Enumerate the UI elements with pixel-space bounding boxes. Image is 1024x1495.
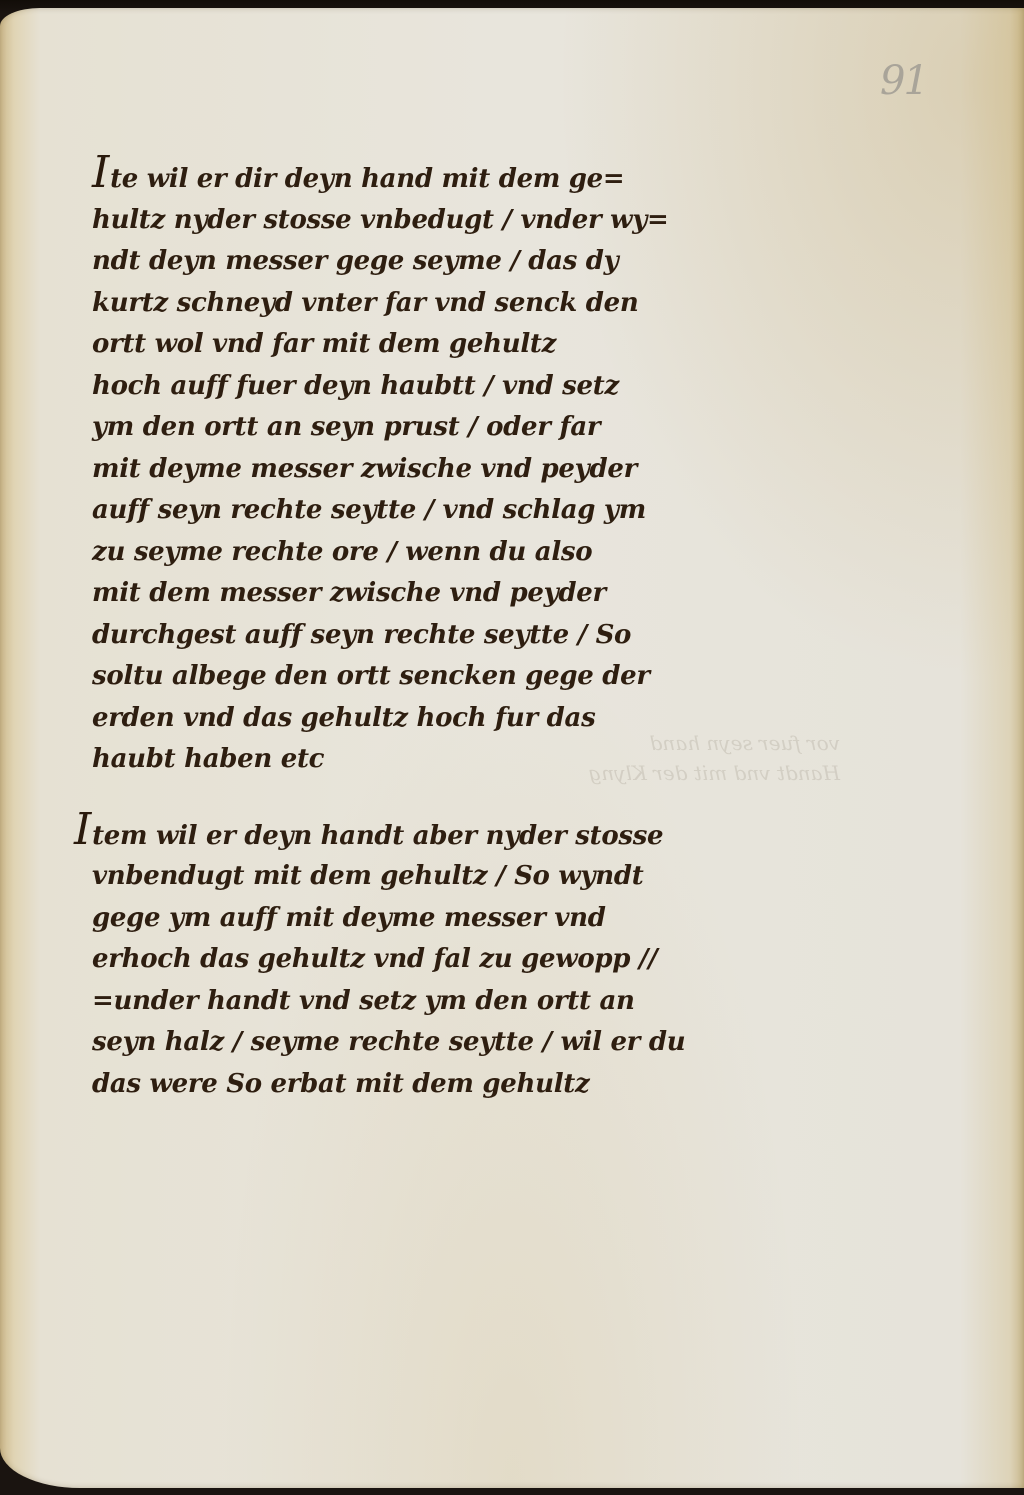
text-line: soltu albege den ortt sencken gege der xyxy=(92,656,812,698)
text-line: ndt deyn messer gege seyme / das dy xyxy=(92,241,812,283)
text-line: gege ym auff mit deyme messer vnd xyxy=(74,898,812,940)
text-line: =under handt vnd setz ym den ortt an xyxy=(74,981,812,1023)
text-line: ortt wol vnd far mit dem gehultz xyxy=(92,324,812,366)
decorated-initial: I xyxy=(92,147,109,198)
text-line: seyn halz / seyme rechte seytte / wil er… xyxy=(74,1022,812,1064)
paragraph-2: Item wil er deyn handt aber nyder stosse… xyxy=(74,815,812,1106)
manuscript-page: 91 vor fuer seyn hand Handt vnd mit der … xyxy=(0,8,1024,1488)
text-line: hoch auff fuer deyn haubtt / vnd setz xyxy=(92,366,812,408)
text-line: haubt haben etc xyxy=(92,739,812,781)
text-line: Item wil er deyn handt aber nyder stosse xyxy=(74,815,812,857)
text-line: Ite wil er dir deyn hand mit dem ge= xyxy=(92,158,812,200)
text-line: erden vnd das gehultz hoch fur das xyxy=(92,698,812,740)
text-line: hultz nyder stosse vnbedugt / vnder wy= xyxy=(92,200,812,242)
text-line: ym den ortt an seyn prust / oder far xyxy=(92,407,812,449)
decorated-initial: I xyxy=(74,804,91,855)
text-line: kurtz schneyd vnter far vnd senck den xyxy=(92,283,812,325)
text-line: erhoch das gehultz vnd fal zu gewopp // xyxy=(74,939,812,981)
folio-number: 91 xyxy=(880,58,927,104)
main-text-block: Ite wil er dir deyn hand mit dem ge= hul… xyxy=(92,158,812,1105)
text-line: auff seyn rechte seytte / vnd schlag ym xyxy=(92,490,812,532)
text-line: vnbendugt mit dem gehultz / So wyndt xyxy=(74,856,812,898)
text-line: zu seyme rechte ore / wenn du also xyxy=(92,532,812,574)
text-line: mit dem messer zwische vnd peyder xyxy=(92,573,812,615)
text-line: mit deyme messer zwische vnd peyder xyxy=(92,449,812,491)
text-line: durchgest auff seyn rechte seytte / So xyxy=(92,615,812,657)
paragraph-1: Ite wil er dir deyn hand mit dem ge= hul… xyxy=(92,158,812,781)
text-line: das were So erbat mit dem gehultz xyxy=(74,1064,812,1106)
